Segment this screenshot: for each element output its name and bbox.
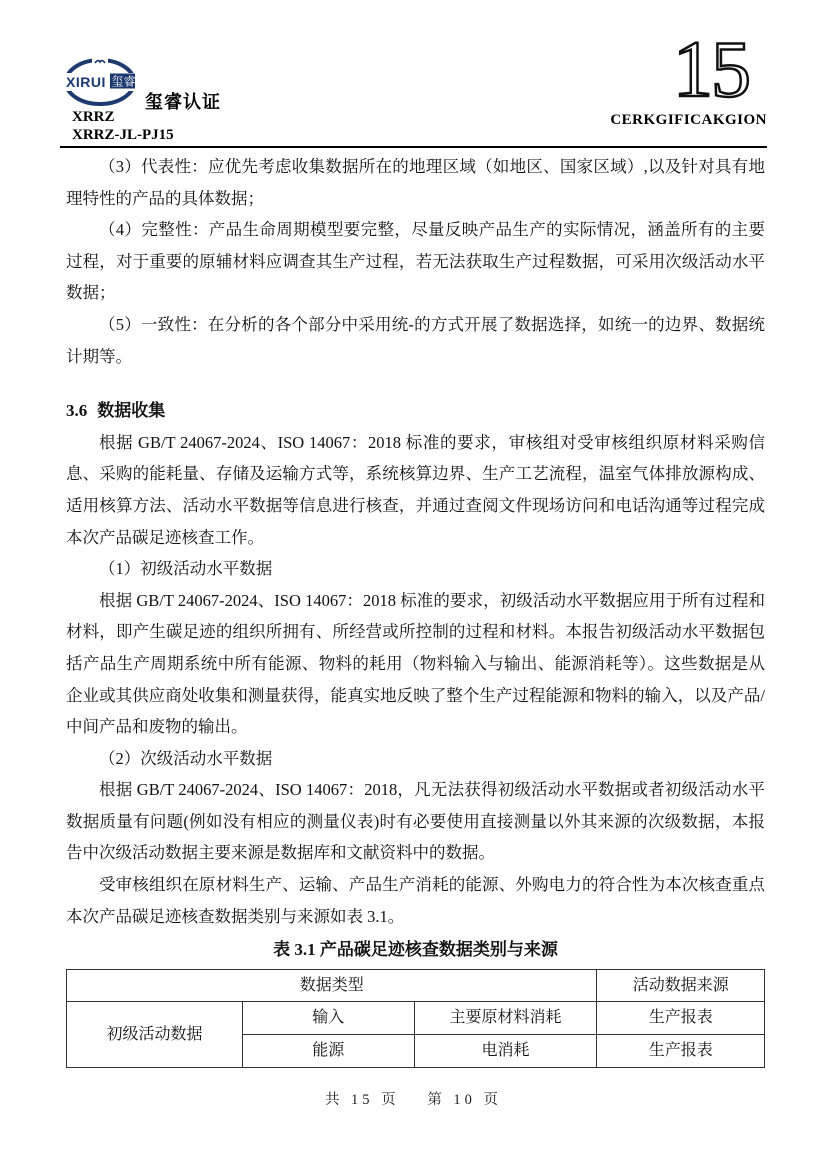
cell-source: 生产报表 <box>597 1035 765 1068</box>
cell-type: 输入 <box>242 1002 414 1035</box>
section-title: 数据收集 <box>97 401 165 420</box>
doc-code: XRRZ-JL-PJ15 <box>72 126 174 144</box>
document-body: （3）代表性：应优先考虑收集数据所在的地理区域（如地区、国家区域）,以及针对具有… <box>66 151 765 1068</box>
table-caption: 表 3.1 产品碳足迹核查数据类别与来源 <box>66 934 765 966</box>
paragraph-primary-data: 根据 GB/T 24067-2024、ISO 14067：2018 标准的要求，… <box>66 585 765 743</box>
paragraph-data-collection-intro: 根据 GB/T 24067-2024、ISO 14067：2018 标准的要求，… <box>66 427 765 553</box>
list-item-primary-data-title: （1）初级活动水平数据 <box>66 553 765 585</box>
xirui-logo: XIRUI 玺睿 <box>62 57 138 107</box>
document-codes: XRRZ XRRZ-JL-PJ15 <box>72 108 174 144</box>
section-number: 3.6 <box>66 401 87 420</box>
total-pages-label: 共 15 页 <box>325 1092 400 1108</box>
list-item-secondary-data-title: （2）次级活动水平数据 <box>66 743 765 775</box>
table-row: 初级活动数据 输入 主要原材料消耗 生产报表 <box>67 1002 765 1035</box>
header-cell-data-type: 数据类型 <box>67 969 597 1002</box>
svg-text:XIRUI: XIRUI <box>66 74 106 90</box>
paragraph-verification-focus: 受审核组织在原材料生产、运输、产品生产消耗的能源、外购电力的符合性为本次核查重点… <box>66 869 765 932</box>
cell-type: 能源 <box>242 1035 414 1068</box>
certification-word: CERKGIFICAKGION <box>610 112 767 129</box>
document-page: XIRUI 玺睿 玺睿认证 XRRZ XRRZ-JL-PJ15 15 CERKG… <box>0 0 827 1169</box>
section-heading-3-6: 3.6数据收集 <box>66 395 765 427</box>
cell-source: 生产报表 <box>597 1002 765 1035</box>
header-page-number: 15 <box>673 30 749 110</box>
org-code: XRRZ <box>72 108 174 126</box>
paragraph-completeness: （4）完整性：产品生命周期模型要完整，尽量反映产品生产的实际情况，涵盖所有的主要… <box>66 214 765 309</box>
cell-item: 主要原材料消耗 <box>414 1002 597 1035</box>
paragraph-representativeness: （3）代表性：应优先考虑收集数据所在的地理区域（如地区、国家区域）,以及针对具有… <box>66 151 765 214</box>
table-header-row: 数据类型 活动数据来源 <box>67 969 765 1002</box>
svg-text:玺睿: 玺睿 <box>112 74 136 89</box>
current-page-label: 第 10 页 <box>427 1092 502 1108</box>
data-source-table: 数据类型 活动数据来源 初级活动数据 输入 主要原材料消耗 生产报表 能源 电消… <box>66 969 765 1068</box>
xirui-logo-graphic: XIRUI 玺睿 <box>62 57 138 107</box>
paragraph-secondary-data: 根据 GB/T 24067-2024、ISO 14067：2018，凡无法获得初… <box>66 774 765 869</box>
cell-item: 电消耗 <box>414 1035 597 1068</box>
paragraph-consistency: （5）一致性：在分析的各个部分中采用统-的方式开展了数据选择，如统一的边界、数据… <box>66 309 765 372</box>
page-header: XIRUI 玺睿 玺睿认证 XRRZ XRRZ-JL-PJ15 15 CERKG… <box>60 0 767 148</box>
cell-category: 初级活动数据 <box>67 1002 243 1067</box>
page-footer: 共 15 页 第 10 页 <box>0 1088 827 1109</box>
header-cell-source: 活动数据来源 <box>597 969 765 1002</box>
